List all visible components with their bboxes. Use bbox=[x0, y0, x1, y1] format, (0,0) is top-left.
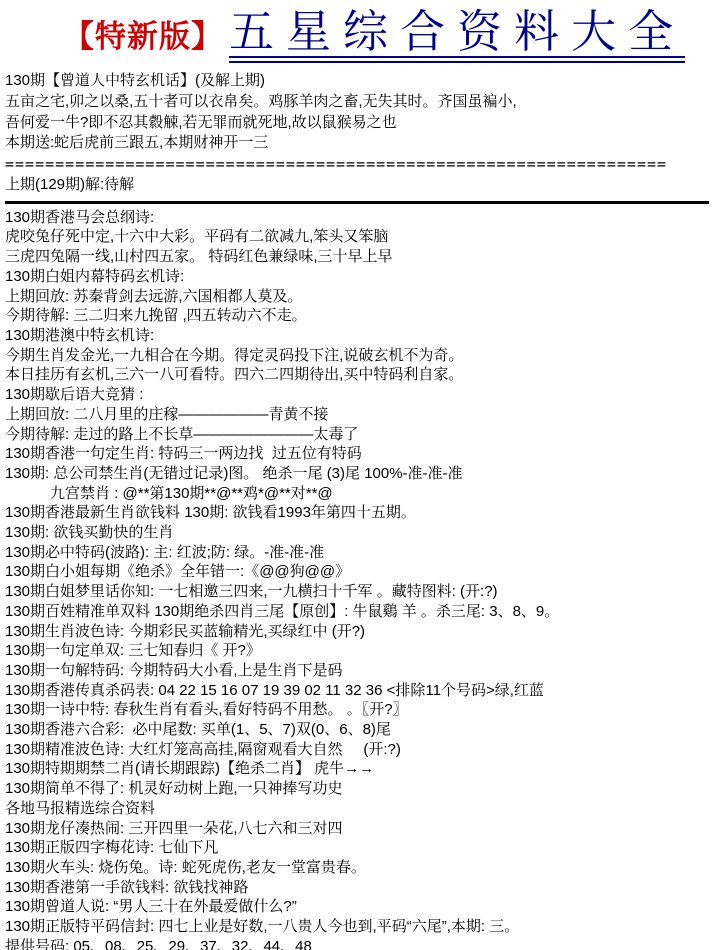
text-line: 上期回放: 二八月里的庄稼——————青黄不接 bbox=[5, 405, 709, 425]
horizontal-rule bbox=[5, 201, 709, 204]
text-line: 虎咬兔仔死中定,十六中大彩。平码有二欲减九,笨头又笨脑 bbox=[5, 227, 709, 247]
text-line: 130期: 总公司禁生肖(无错过记录)图。 绝杀一尾 (3)尾 100%-准-准… bbox=[5, 464, 709, 484]
text-line: 130期白小姐每期《绝杀》全年错一:《@@狗@@》 bbox=[5, 562, 709, 582]
text-line: 130期歇后语大竞猜 : bbox=[5, 385, 709, 405]
text-line: 130期龙仔凑热闹: 三开四里一朵花,八七六和三对四 bbox=[5, 819, 709, 839]
text-line: 130期简单不得了: 机灵好动树上跑,一只神捧写功史 bbox=[5, 779, 709, 799]
text-line: 130期曾道人说: “男人三十在外最爱做什么?” bbox=[5, 897, 709, 917]
text-line: 130期一句解特码: 今期特码大小看,上是生肖下是码 bbox=[5, 661, 709, 681]
text-line: 三虎四兔隔一线,山村四五家。 特码红色兼绿味,三十早上早 bbox=[5, 247, 709, 267]
text-line: 本期送:蛇后虎前三跟五,本期财神开一三 bbox=[5, 133, 709, 154]
text-line: 上期回放: 苏秦背剑去远游,六国相都人莫及。 bbox=[5, 287, 709, 307]
text-line: 吾何爱一牛?即不忍其縠觫,若无罪而就死地,故以鼠猴易之也 bbox=[5, 113, 709, 134]
text-line: 130期香港六合彩: 必中尾数: 买单(1、5、7)双(0、6、8)尾 bbox=[5, 720, 709, 740]
text-line: 130期生肖波色诗: 今期彩民买蓝输精光,买绿红中 (开?) bbox=[5, 622, 709, 642]
text-line: 130期白姐内幕特码玄机诗: bbox=[5, 267, 709, 287]
text-line: 130期正版特平码信封: 四七上业是好数,一八贵人今也到,平码“六尾”,本期: … bbox=[5, 917, 709, 937]
text-line: 130期香港传真杀码表: 04 22 15 16 07 19 39 02 11 … bbox=[5, 681, 709, 701]
text-line: 130期正版四字梅花诗: 七仙下凡 bbox=[5, 838, 709, 858]
text-line: 130期白姐梦里话你知: 一七相邀三四来,一九横扫十千军 。藏特图料: (开:?… bbox=[5, 582, 709, 602]
text-line: 今期待解: 走过的路上不长草————————太毒了 bbox=[5, 425, 709, 445]
text-line: 130期香港马会总纲诗: bbox=[5, 208, 709, 228]
page-header: 【特新版】 五星综合资料大全 bbox=[5, 4, 709, 63]
text-line: 今期待解: 三二归来九挽留 ,四五转动六不走。 bbox=[5, 306, 709, 326]
text-line: 今期生肖发金光,一九相合在今期。得定灵码投下注,说破玄机不为奇。 bbox=[5, 346, 709, 366]
text-line: 130期一诗中特: 春秋生肖有看头,看好特码不用愁。 。〖开?〗 bbox=[5, 700, 709, 720]
text-line: 130期香港第一手欲钱料: 欲钱找神路 bbox=[5, 878, 709, 898]
text-line: 九宫禁肖 : @**第130期**@**鸡*@**对**@ bbox=[5, 484, 709, 504]
text-line: 130期一句定单双: 三七知春归《 开?》 bbox=[5, 641, 709, 661]
page-title-link[interactable]: 五星综合资料大全 bbox=[229, 10, 685, 63]
text-line: 130期特期期禁二肖(请长期跟踪)【绝杀二肖】 虎牛→→ bbox=[5, 759, 709, 779]
edition-tag: 【特新版】 bbox=[63, 11, 223, 56]
lottery-info-page: 【特新版】 五星综合资料大全 130期【曾道人中特玄机话】(及解上期)五亩之宅,… bbox=[0, 0, 713, 950]
text-line: 130期必中特码(波路): 主: 红波;防: 绿。-准-准-准 bbox=[5, 543, 709, 563]
text-line: 130期百姓精准单双料 130期绝杀四肖三尾【原创】: 牛鼠鷄 羊 。杀三尾: … bbox=[5, 602, 709, 622]
text-line: 本日挂历有玄机,三六一八可看特。四六二四期待出,买中特码利自家。 bbox=[5, 365, 709, 385]
text-line: 130期香港一句定生肖: 特码三一两边找 过五位有特码 bbox=[5, 444, 709, 464]
equals-separator: ========================================… bbox=[5, 154, 709, 175]
text-line: 五亩之宅,卯之以桑,五十者可以衣帛矣。鸡豚羊肉之畜,无失其时。齐国虽褊小, bbox=[5, 92, 709, 113]
text-line: 130期香港最新生肖欲钱料 130期: 欲钱看1993年第四十五期。 bbox=[5, 503, 709, 523]
text-line: 提供号码: 05、08、25、29、37、32、44、48 bbox=[5, 937, 709, 950]
last-issue-answer-line: 上期(129期)解:待解 bbox=[5, 175, 709, 196]
text-line: 130期火车头: 烧伤兔。诗: 蛇死虎伤,老友一堂富贵春。 bbox=[5, 858, 709, 878]
text-line: 各地马报精选综合资料 bbox=[5, 799, 709, 819]
text-line: 130期精准波色诗: 大红灯笼高高挂,隔窗观看大自然 (开:?) bbox=[5, 740, 709, 760]
zengdaoren-intro-section: 130期【曾道人中特玄机话】(及解上期)五亩之宅,卯之以桑,五十者可以衣帛矣。鸡… bbox=[5, 71, 709, 196]
text-line: 130期: 欲钱买勤快的生肖 bbox=[5, 523, 709, 543]
text-line: 130期【曾道人中特玄机话】(及解上期) bbox=[5, 71, 709, 92]
tips-list-section: 130期香港马会总纲诗:虎咬兔仔死中定,十六中大彩。平码有二欲减九,笨头又笨脑三… bbox=[5, 208, 709, 950]
text-line: 130期港澳中特玄机诗: bbox=[5, 326, 709, 346]
